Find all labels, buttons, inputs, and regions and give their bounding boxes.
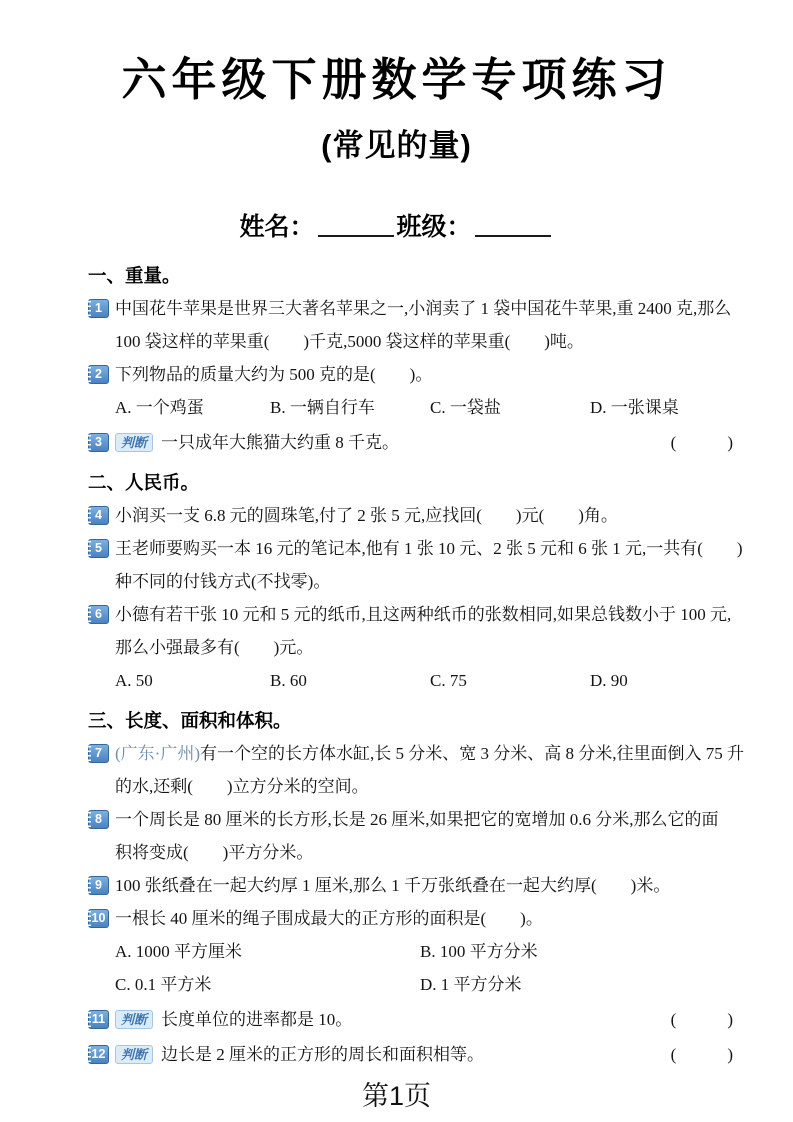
answer-parens: ( ) <box>671 426 733 459</box>
worksheet-page: 六年级下册数学专项练习 (常见的量) 姓名：班级： 一、重量。 1 中国花牛苹果… <box>0 0 793 1122</box>
question-text: 中国花牛苹果是世界三大著名苹果之一,小润卖了 1 袋中国花牛苹果,重 2400 … <box>115 292 735 325</box>
option-c: C. 75 <box>430 664 590 697</box>
judge-tag: 判断 <box>115 1010 153 1029</box>
question-10: 10 一根长 40 厘米的绳子围成最大的正方形的面积是( )。 A. 1000 … <box>88 902 735 1001</box>
question-3: 3 判断一只成年大熊猫大约重 8 千克。 ( ) <box>88 426 735 459</box>
question-text: 一个周长是 80 厘米的长方形,长是 26 厘米,如果把它的宽增加 0.6 分米… <box>115 803 735 836</box>
question-number-badge: 9 <box>88 876 109 895</box>
question-text: 边长是 2 厘米的正方形的周长和面积相等。 <box>161 1045 484 1064</box>
question-4: 4 小润买一支 6.8 元的圆珠笔,付了 2 张 5 元,应找回( )元( )角… <box>88 499 735 532</box>
option-b: B. 60 <box>270 664 430 697</box>
question-text: 一只成年大熊猫大约重 8 千克。 <box>161 433 399 452</box>
section-heading-money: 二、人民币。 <box>88 467 735 499</box>
option-c: C. 0.1 平方米 <box>115 968 420 1001</box>
answer-parens: ( ) <box>671 1038 733 1071</box>
question-number-badge: 7 <box>88 744 109 763</box>
question-2: 2 下列物品的质量大约为 500 克的是( )。 A. 一个鸡蛋 B. 一辆自行… <box>88 358 735 424</box>
question-text: 有一个空的长方体水缸,长 5 分米、宽 3 分米、高 8 分米,往里面倒入 75… <box>200 744 744 763</box>
judge-tag: 判断 <box>115 1045 153 1064</box>
question-8: 8 一个周长是 80 厘米的长方形,长是 26 厘米,如果把它的宽增加 0.6 … <box>88 803 735 869</box>
question-number-badge: 5 <box>88 539 109 558</box>
question-text: 100 袋这样的苹果重( )千克,5000 袋这样的苹果重( )吨。 <box>115 325 735 358</box>
options-row: A. 50 B. 60 C. 75 D. 90 <box>115 664 735 697</box>
question-9: 9 100 张纸叠在一起大约厚 1 厘米,那么 1 千万张纸叠在一起大约厚( )… <box>88 869 735 902</box>
question-number-badge: 6 <box>88 605 109 624</box>
page-number: 第1页 <box>0 1079 793 1113</box>
option-a: A. 50 <box>115 664 270 697</box>
option-b: B. 一辆自行车 <box>270 391 430 424</box>
options-row: A. 1000 平方厘米 B. 100 平方分米 <box>115 935 735 968</box>
option-c: C. 一袋盐 <box>430 391 590 424</box>
question-text: 长度单位的进率都是 10。 <box>161 1010 352 1029</box>
question-number-badge: 3 <box>88 433 109 452</box>
judge-tag: 判断 <box>115 433 153 452</box>
answer-parens: ( ) <box>671 1003 733 1036</box>
question-12: 12 判断边长是 2 厘米的正方形的周长和面积相等。 ( ) <box>88 1038 735 1071</box>
option-d: D. 一张课桌 <box>590 391 679 424</box>
section-heading-length-area-volume: 三、长度、面积和体积。 <box>88 705 735 737</box>
class-label: 班级： <box>397 213 472 241</box>
page-subtitle: (常见的量) <box>0 126 793 166</box>
question-7: 7 (广东·广州)有一个空的长方体水缸,长 5 分米、宽 3 分米、高 8 分米… <box>88 737 735 803</box>
question-text: 小德有若干张 10 元和 5 元的纸币,且这两种纸币的张数相同,如果总钱数小于 … <box>115 598 735 631</box>
question-number-badge: 1 <box>88 299 109 318</box>
question-number-badge: 8 <box>88 810 109 829</box>
option-a: A. 一个鸡蛋 <box>115 391 270 424</box>
question-6: 6 小德有若干张 10 元和 5 元的纸币,且这两种纸币的张数相同,如果总钱数小… <box>88 598 735 697</box>
worksheet-content: 一、重量。 1 中国花牛苹果是世界三大著名苹果之一,小润卖了 1 袋中国花牛苹果… <box>88 260 735 1071</box>
question-1: 1 中国花牛苹果是世界三大著名苹果之一,小润卖了 1 袋中国花牛苹果,重 240… <box>88 292 735 358</box>
question-number-badge: 4 <box>88 506 109 525</box>
options-row: C. 0.1 平方米 D. 1 平方分米 <box>115 968 735 1001</box>
option-b: B. 100 平方分米 <box>420 935 538 968</box>
name-blank <box>318 211 394 237</box>
name-class-row: 姓名：班级： <box>0 208 793 246</box>
name-label: 姓名： <box>239 213 314 241</box>
question-text: 王老师要购买一本 16 元的笔记本,他有 1 张 10 元、2 张 5 元和 6… <box>115 532 735 565</box>
options-row: A. 一个鸡蛋 B. 一辆自行车 C. 一袋盐 D. 一张课桌 <box>115 391 735 424</box>
question-text: 的水,还剩( )立方分米的空间。 <box>115 770 735 803</box>
question-text: 小润买一支 6.8 元的圆珠笔,付了 2 张 5 元,应找回( )元( )角。 <box>115 499 735 532</box>
page-title: 六年级下册数学专项练习 <box>0 54 793 106</box>
question-text: 下列物品的质量大约为 500 克的是( )。 <box>115 358 735 391</box>
option-a: A. 1000 平方厘米 <box>115 935 420 968</box>
question-text: 那么小强最多有( )元。 <box>115 631 735 664</box>
question-5: 5 王老师要购买一本 16 元的笔记本,他有 1 张 10 元、2 张 5 元和… <box>88 532 735 598</box>
question-number-badge: 10 <box>88 909 109 928</box>
question-text: 100 张纸叠在一起大约厚 1 厘米,那么 1 千万张纸叠在一起大约厚( )米。 <box>115 869 735 902</box>
question-number-badge: 11 <box>88 1010 109 1029</box>
section-heading-weight: 一、重量。 <box>88 260 735 292</box>
question-text: 积将变成( )平方分米。 <box>115 836 735 869</box>
question-number-badge: 2 <box>88 365 109 384</box>
option-d: D. 1 平方分米 <box>420 968 522 1001</box>
question-text: 种不同的付钱方式(不找零)。 <box>115 565 735 598</box>
class-blank <box>475 211 551 237</box>
question-11: 11 判断长度单位的进率都是 10。 ( ) <box>88 1003 735 1036</box>
option-d: D. 90 <box>590 664 628 697</box>
source-region-tag: (广东·广州) <box>115 744 200 763</box>
question-text: 一根长 40 厘米的绳子围成最大的正方形的面积是( )。 <box>115 902 735 935</box>
question-number-badge: 12 <box>88 1045 109 1064</box>
